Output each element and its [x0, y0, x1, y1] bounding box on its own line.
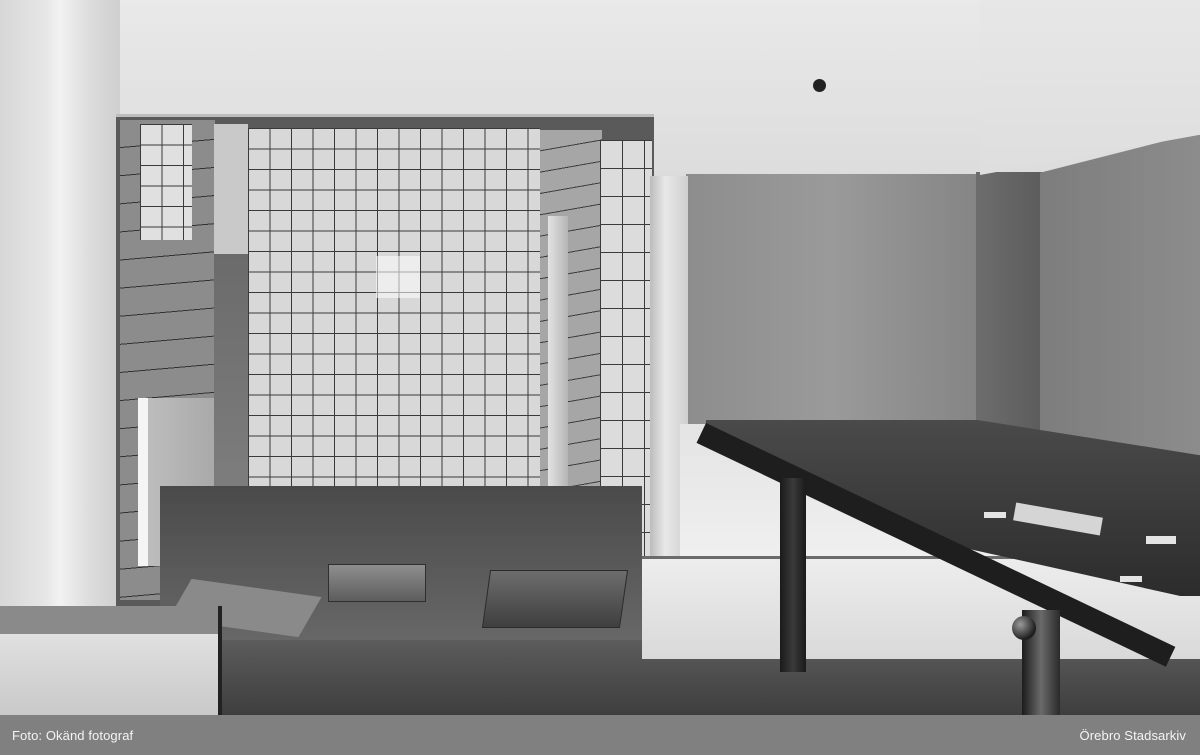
floor-box [482, 570, 628, 628]
corner-concrete [976, 172, 1042, 434]
alcove-side-strip [214, 124, 248, 492]
door-edge [548, 216, 568, 492]
left-pillar [0, 0, 120, 610]
floor-tray [328, 564, 426, 602]
photograph [0, 0, 1200, 715]
debris [1120, 576, 1142, 582]
back-tiled-wall [248, 128, 540, 486]
archive-name: Örebro Stadsarkiv [1080, 728, 1186, 743]
photo-credit: Foto: Okänd fotograf [12, 728, 133, 743]
window [140, 124, 192, 240]
table-knob [1012, 616, 1036, 640]
concrete-wall [686, 174, 976, 426]
debris [1146, 536, 1176, 544]
wall-hole [813, 79, 826, 92]
debris [984, 512, 1006, 518]
caption-bar: Foto: Okänd fotograf Örebro Stadsarkiv [0, 715, 1200, 755]
foreground-bin [0, 606, 222, 715]
right-concrete-wall [1040, 132, 1200, 472]
table-leg [780, 478, 806, 672]
tile-reflection [376, 256, 420, 298]
